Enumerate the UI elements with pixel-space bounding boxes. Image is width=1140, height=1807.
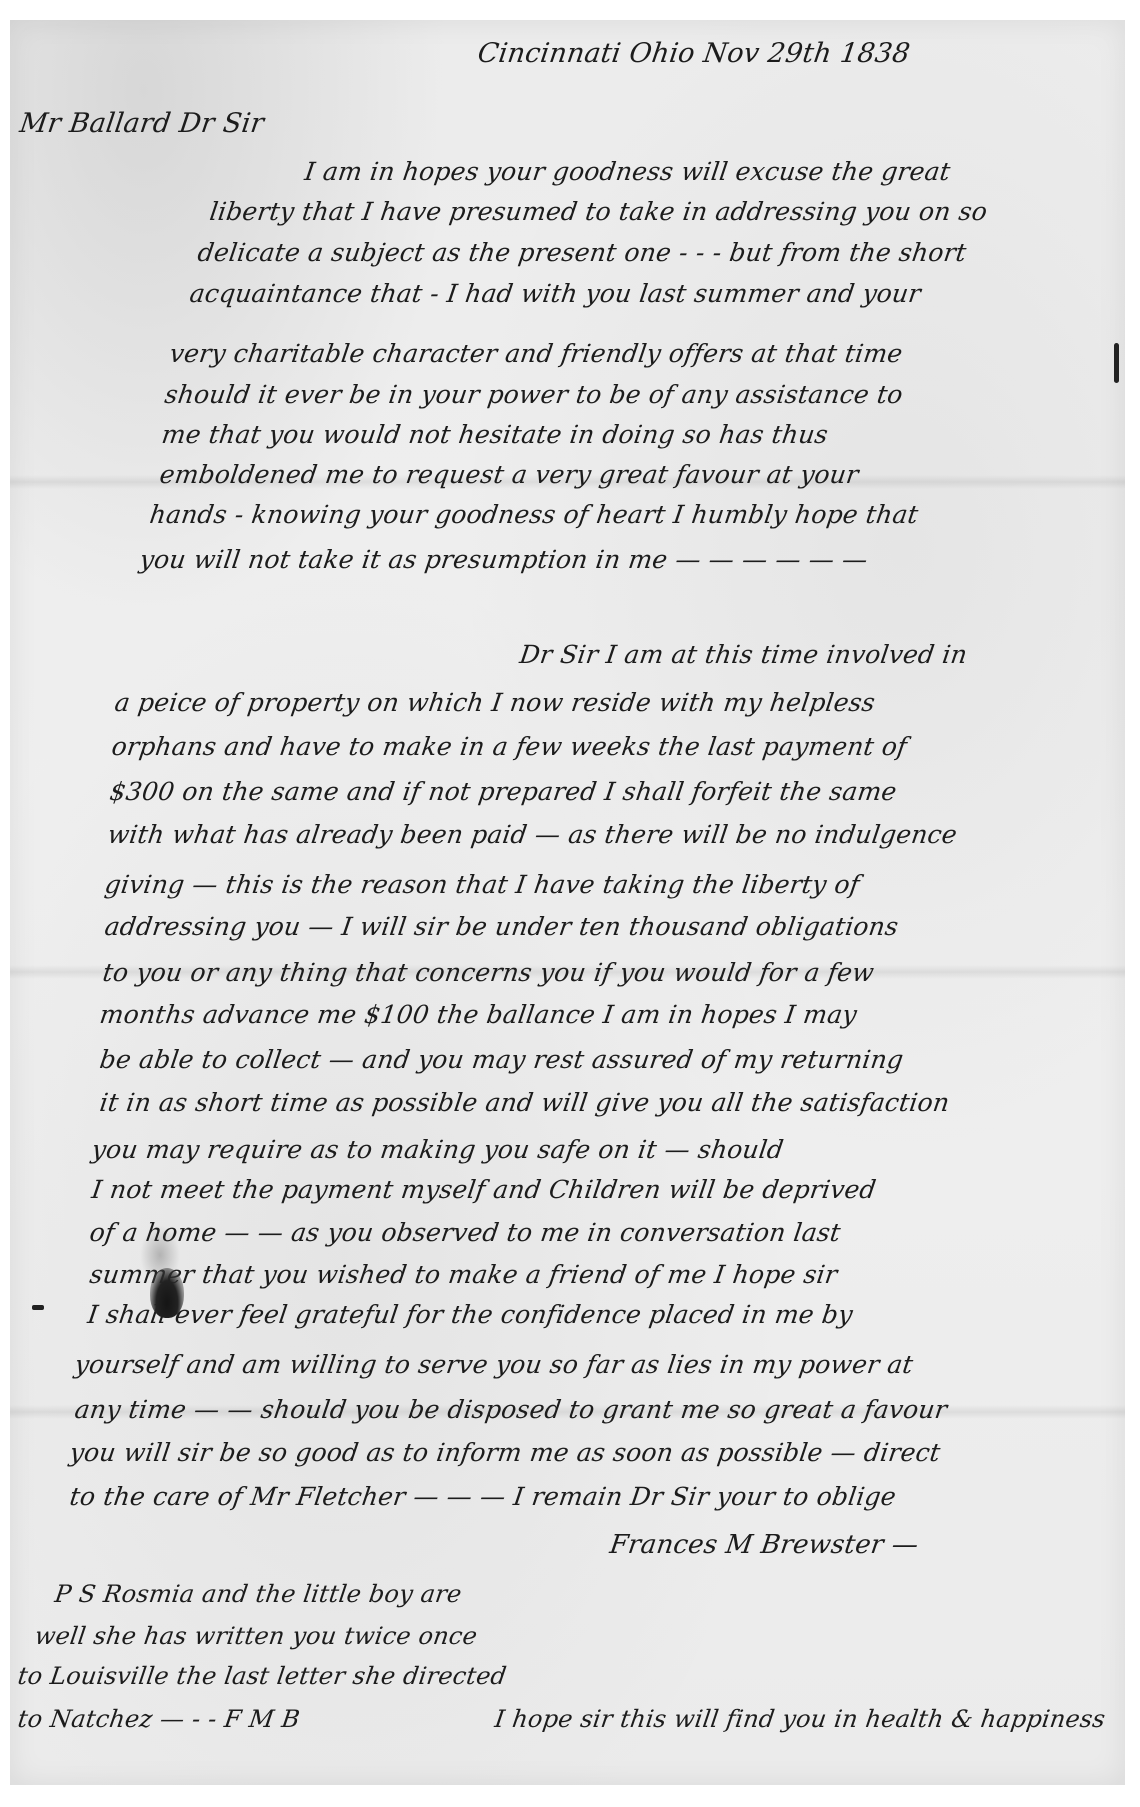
text-line: $300 on the same and if not prepared I s…: [108, 777, 899, 806]
text-line: you may require as to making you safe on…: [90, 1135, 786, 1164]
text-line: hands - knowing your goodness of heart I…: [148, 500, 920, 529]
text-line: delicate a subject as the present one - …: [196, 238, 968, 267]
salutation: Mr Ballard Dr Sir: [18, 108, 266, 139]
text-line: a peice of property on which I now resid…: [113, 688, 877, 717]
place-date-header: Cincinnati Ohio Nov 29th 1838: [476, 38, 912, 69]
text-line: months advance me $100 the ballance I am…: [98, 1000, 859, 1029]
text-line: to you or any thing that concerns you if…: [101, 958, 876, 987]
text-line: summer that you wished to make a friend …: [88, 1260, 839, 1289]
text-line: be able to collect — and you may rest as…: [98, 1045, 905, 1074]
ink-blot: [150, 1268, 184, 1318]
text-line: very charitable character and friendly o…: [168, 339, 905, 368]
text-line: well she has written you twice once: [33, 1622, 479, 1650]
signature: Frances M Brewster —: [608, 1530, 920, 1560]
text-line: should it ever be in your power to be of…: [163, 380, 905, 409]
text-line: yourself and am willing to serve you so …: [73, 1350, 915, 1379]
text-line: with what has already been paid — as the…: [106, 820, 959, 849]
closing-note: I hope sir this will find you in health …: [493, 1705, 1107, 1733]
text-line: acquaintance that - I had with you last …: [188, 279, 923, 308]
text-line: Dr Sir I am at this time involved in: [518, 640, 969, 669]
text-line: you will sir be so good as to inform me …: [68, 1438, 942, 1467]
text-line: any time — — should you be disposed to g…: [73, 1395, 949, 1424]
text-line: giving — this is the reason that I have …: [103, 870, 861, 899]
text-line: you will not take it as presumption in m…: [138, 545, 870, 574]
text-line: P S Rosmia and the little boy are: [53, 1580, 463, 1608]
text-line: I shall ever feel grateful for the confi…: [86, 1300, 855, 1329]
text-line: addressing you — I will sir be under ten…: [103, 912, 900, 941]
text-line: to Natchez — - - F M B: [16, 1705, 302, 1733]
text-line: to Louisville the last letter she direct…: [16, 1662, 508, 1690]
text-line: it in as short time as possible and will…: [98, 1088, 951, 1117]
text-line: emboldened me to request a very great fa…: [158, 460, 861, 489]
text-line: orphans and have to make in a few weeks …: [110, 732, 909, 761]
text-line: liberty that I have presumed to take in …: [208, 197, 989, 226]
text-line: to the care of Mr Fletcher — — — I remai…: [68, 1482, 898, 1511]
text-line: of a home — — as you observed to me in c…: [88, 1218, 842, 1247]
text-line: I am in hopes your goodness will excuse …: [303, 157, 952, 186]
text-line: me that you would not hesitate in doing …: [160, 420, 830, 449]
margin-mark: [1114, 343, 1119, 383]
text-line: I not meet the payment myself and Childr…: [90, 1175, 878, 1204]
margin-mark: [32, 1305, 44, 1310]
